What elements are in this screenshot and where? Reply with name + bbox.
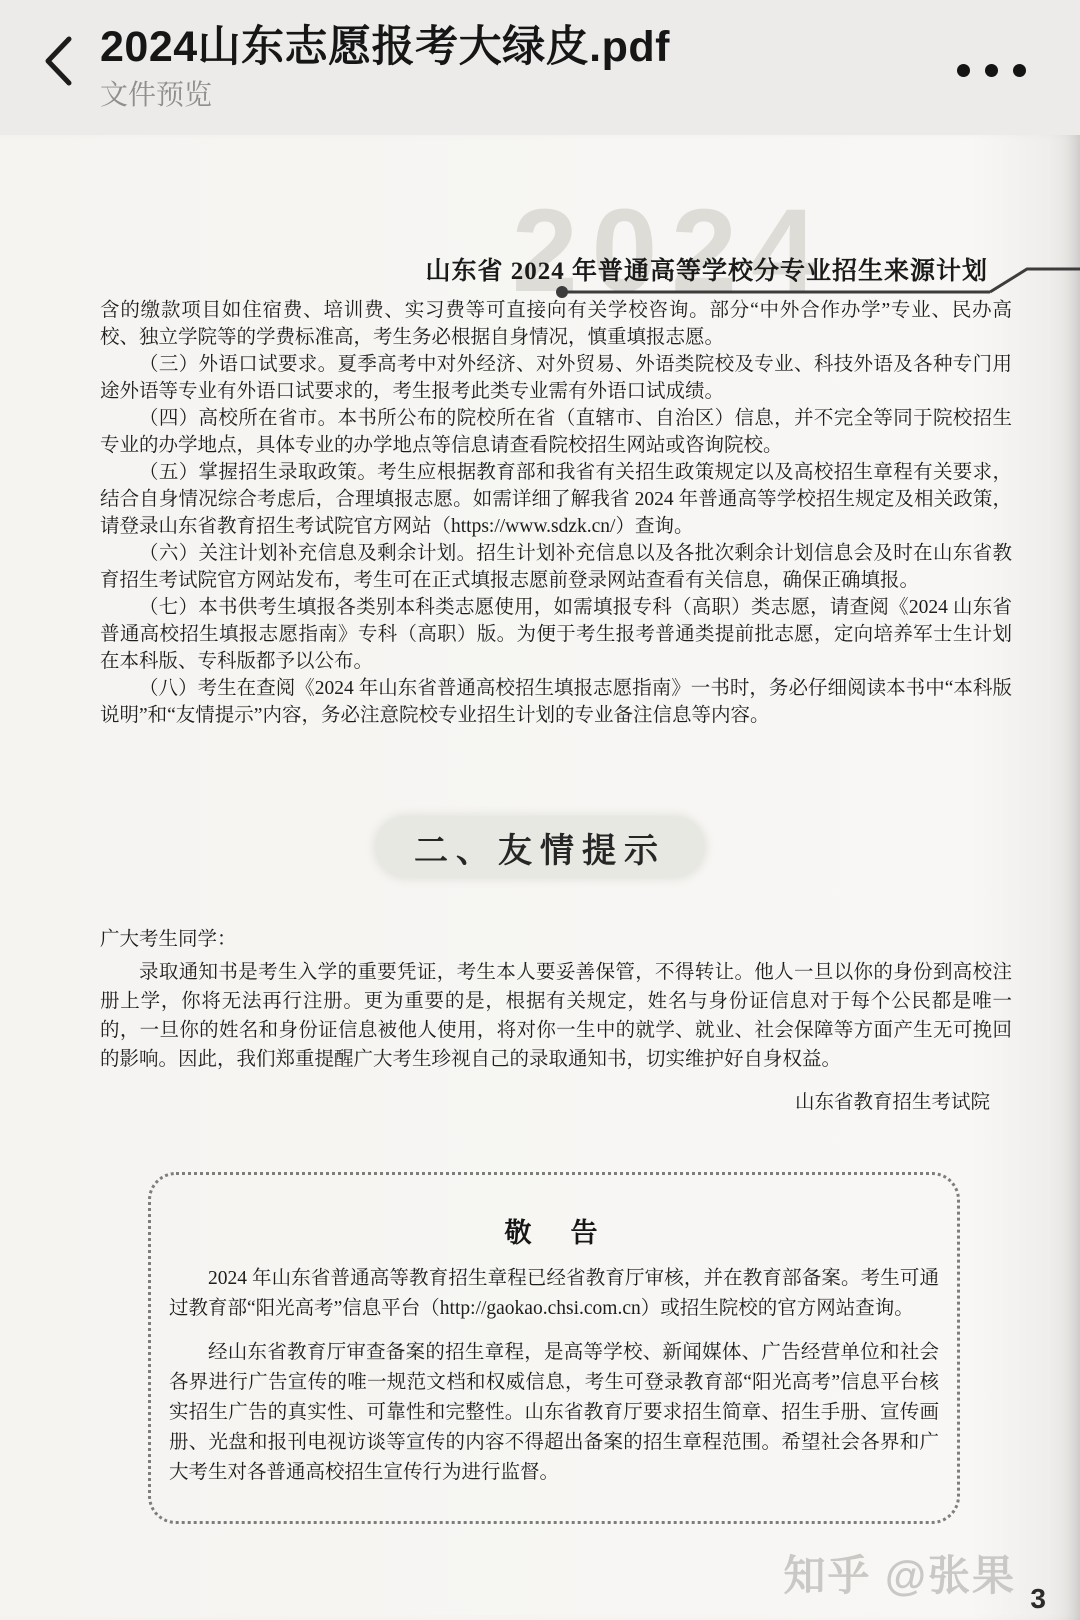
notice-paragraph: 2024 年山东省普通高等教育招生章程已经省教育厅审核，并在教育部备案。考生可通…	[169, 1264, 939, 1324]
signature: 山东省教育招生考试院	[100, 1088, 990, 1117]
app-bar: 2024山东志愿报考大绿皮.pdf 文件预览	[0, 0, 1080, 135]
credit-watermark: 知乎 @张果	[783, 1543, 1016, 1603]
title-block: 2024山东志愿报考大绿皮.pdf 文件预览	[100, 22, 670, 112]
back-button[interactable]	[38, 32, 78, 92]
chevron-left-icon	[43, 35, 73, 90]
preview-label: 文件预览	[100, 78, 670, 112]
notice-title: 敬 告	[169, 1211, 939, 1250]
intro-paragraph: （七）本书供考生填报各类别本科类志愿使用，如需填报专科（高职）类志愿，请查阅《2…	[100, 594, 1012, 675]
friendly-reminder-section: 广大考生同学： 录取通知书是考生入学的重要凭证，考生本人要妥善保管，不得转让。他…	[100, 925, 1012, 1117]
more-options-button[interactable]	[951, 58, 1032, 83]
intro-paragraph: （六）关注计划补充信息及剩余计划。招生计划补充信息以及各批次剩余计划信息会及时在…	[100, 540, 1012, 594]
section-title-row: 二、友情提示	[0, 817, 1080, 877]
notice-paragraph: 经山东省教育厅审查备案的招生章程，是高等学校、新闻媒体、广告经营单位和社会各界进…	[169, 1338, 939, 1488]
intro-section: 含的缴款项目如住宿费、培训费、实习费等可直接向有关学校咨询。部分“中外合作办学”…	[100, 297, 1012, 729]
plan-source-heading: 山东省 2024 年普通高等学校分专业招生来源计划	[425, 251, 988, 287]
reminder-paragraph: 录取通知书是考生入学的重要凭证，考生本人要妥善保管，不得转让。他人一旦以你的身份…	[100, 958, 1012, 1074]
section-title-pill: 二、友情提示	[376, 817, 704, 877]
intro-paragraph: （三）外语口试要求。夏季高考中对外经济、对外贸易、外语类院校及专业、科技外语及各…	[100, 351, 1012, 405]
salutation: 广大考生同学：	[100, 925, 1012, 954]
file-preview-screen: 2024山东志愿报考大绿皮.pdf 文件预览 2024 山东省 2024 年普通…	[0, 0, 1080, 1620]
notice-box: 敬 告 2024 年山东省普通高等教育招生章程已经省教育厅审核，并在教育部备案。…	[148, 1172, 960, 1524]
intro-paragraph: 含的缴款项目如住宿费、培训费、实习费等可直接向有关学校咨询。部分“中外合作办学”…	[100, 297, 1012, 351]
pdf-page: 2024 山东省 2024 年普通高等学校分专业招生来源计划 含的缴款项目如住宿…	[0, 135, 1080, 1620]
intro-paragraph: （四）高校所在省市。本书所公布的院校所在省（直辖市、自治区）信息，并不完全等同于…	[100, 405, 1012, 459]
ellipsis-icon	[957, 64, 1026, 77]
document-title: 2024山东志愿报考大绿皮.pdf	[100, 22, 670, 72]
intro-paragraph: （五）掌握招生录取政策。考生应根据教育部和我省有关招生政策规定以及高校招生章程有…	[100, 459, 1012, 540]
intro-paragraph: （八）考生在查阅《2024 年山东省普通高校招生填报志愿指南》一书时，务必仔细阅…	[100, 675, 1012, 729]
page-number: 3	[1030, 1583, 1046, 1615]
